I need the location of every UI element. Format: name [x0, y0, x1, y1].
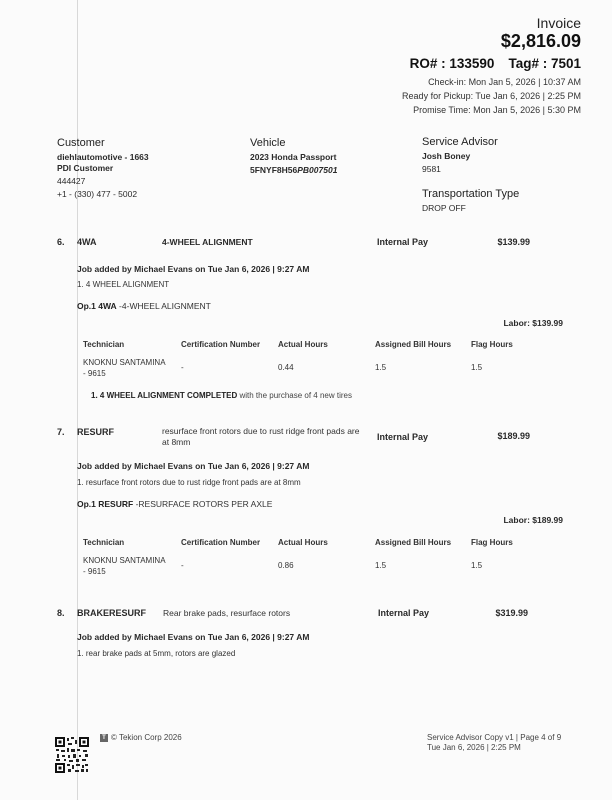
labor-amount: Labor: $139.99 [503, 318, 563, 328]
customer-title: Customer [57, 137, 149, 149]
promise-time: Promise Time: Mon Jan 5, 2026 | 5:30 PM [413, 105, 581, 115]
th-cert: Certification Number [181, 538, 260, 547]
qr-code-icon [55, 737, 89, 773]
th-actual: Actual Hours [278, 538, 328, 547]
job-added-by: Job added by Michael Evans on Tue Jan 6,… [77, 264, 309, 274]
advisor-title: Service Advisor [422, 136, 519, 148]
tech-flag: 1.5 [471, 362, 482, 373]
advisor-name: Josh Boney [422, 151, 519, 162]
invoice-title: Invoice [537, 15, 581, 31]
check-in: Check-in: Mon Jan 5, 2026 | 10:37 AM [428, 77, 581, 87]
th-technician: Technician [83, 538, 124, 547]
tech-name: KNOKNU SANTAMINA- 9615 [83, 555, 166, 577]
vehicle-vin: 5FNYF8H56PB007501 [250, 165, 337, 176]
th-actual: Actual Hours [278, 340, 328, 349]
note-bold: 1. 4 WHEEL ALIGNMENT COMPLETED [91, 391, 237, 400]
th-cert: Certification Number [181, 340, 260, 349]
labor-amount: Labor: $189.99 [503, 515, 563, 525]
printed-date: Tue Jan 6, 2026 | 2:25 PM [427, 743, 561, 753]
tech-bill: 1.5 [375, 560, 386, 571]
job-description: 4-WHEEL ALIGNMENT [162, 237, 362, 248]
th-technician: Technician [83, 340, 124, 349]
tech-actual: 0.44 [278, 362, 294, 373]
tag-number: Tag# : 7501 [508, 56, 581, 71]
th-bill: Assigned Bill Hours [375, 538, 451, 547]
advisor-block: Service Advisor Josh Boney 9581 Transpor… [422, 136, 519, 214]
customer-phone: +1 - (330) 477 - 5002 [57, 189, 149, 200]
tech-cert: - [181, 362, 184, 373]
operation-desc: -RESURFACE ROTORS PER AXLE [133, 499, 272, 509]
job-number: 6. [57, 237, 65, 247]
tech-flag: 1.5 [471, 560, 482, 571]
th-flag: Flag Hours [471, 538, 513, 547]
job-note: 1. 4 WHEEL ALIGNMENT COMPLETED with the … [91, 391, 352, 400]
job-line: 1. resurface front rotors due to rust ri… [77, 478, 301, 487]
vehicle-model: 2023 Honda Passport [250, 152, 337, 163]
th-flag: Flag Hours [471, 340, 513, 349]
pay-type: Internal Pay [378, 608, 429, 618]
brand-footer: T © Tekion Corp 2026 [100, 733, 182, 742]
ro-tag-line: RO# : 133590Tag# : 7501 [410, 56, 581, 71]
job-code: 4WA [77, 237, 97, 247]
job-code: BRAKERESURF [77, 608, 146, 618]
ro-number: RO# : 133590 [410, 56, 495, 71]
copyright: © Tekion Corp 2026 [111, 733, 182, 742]
pay-type: Internal Pay [377, 432, 428, 442]
customer-id: 444427 [57, 176, 149, 187]
vehicle-title: Vehicle [250, 137, 337, 149]
page-info: Service Advisor Copy v1 | Page 4 of 9 Tu… [427, 733, 561, 753]
tekion-logo-icon: T [100, 734, 108, 742]
tech-cert: - [181, 560, 184, 571]
customer-name: diehlautomotive - 1663 [57, 152, 149, 163]
tech-name: KNOKNU SANTAMINA- 9615 [83, 357, 166, 379]
invoice-total: $2,816.09 [501, 31, 581, 52]
job-amount: $139.99 [497, 237, 530, 247]
operation: Op.1 4WA -4-WHEEL ALIGNMENT [77, 301, 211, 311]
job-description: Rear brake pads, resurface rotors [163, 608, 383, 619]
job-description: resurface front rotors due to rust ridge… [162, 426, 362, 448]
transport-title: Transportation Type [422, 188, 519, 200]
tech-bill: 1.5 [375, 362, 386, 373]
job-line: 1. rear brake pads at 5mm, rotors are gl… [77, 649, 235, 658]
customer-type: PDI Customer [57, 163, 149, 174]
margin-line [77, 0, 78, 800]
operation: Op.1 RESURF -RESURFACE ROTORS PER AXLE [77, 499, 272, 509]
pay-type: Internal Pay [377, 237, 428, 247]
job-amount: $189.99 [497, 431, 530, 441]
job-number: 8. [57, 608, 65, 618]
vin-prefix: 5FNYF8H56 [250, 165, 297, 175]
ready-for-pickup: Ready for Pickup: Tue Jan 6, 2026 | 2:25… [402, 91, 581, 101]
transport-value: DROP OFF [422, 203, 519, 214]
job-amount: $319.99 [495, 608, 528, 618]
job-code: RESURF [77, 427, 114, 437]
vin-suffix: PB007501 [297, 165, 337, 175]
operation-code: Op.1 4WA [77, 301, 117, 311]
tech-actual: 0.86 [278, 560, 294, 571]
note-rest: with the purchase of 4 new tires [237, 391, 352, 400]
operation-desc: -4-WHEEL ALIGNMENT [117, 301, 211, 311]
th-bill: Assigned Bill Hours [375, 340, 451, 349]
customer-block: Customer diehlautomotive - 1663 PDI Cust… [57, 137, 149, 200]
copy-info: Service Advisor Copy v1 | Page 4 of 9 [427, 733, 561, 743]
job-line: 1. 4 WHEEL ALIGNMENT [77, 280, 169, 289]
vehicle-block: Vehicle 2023 Honda Passport 5FNYF8H56PB0… [250, 137, 337, 176]
operation-code: Op.1 RESURF [77, 499, 133, 509]
job-added-by: Job added by Michael Evans on Tue Jan 6,… [77, 461, 309, 471]
advisor-id: 9581 [422, 164, 519, 175]
job-number: 7. [57, 427, 65, 437]
job-added-by: Job added by Michael Evans on Tue Jan 6,… [77, 632, 309, 642]
